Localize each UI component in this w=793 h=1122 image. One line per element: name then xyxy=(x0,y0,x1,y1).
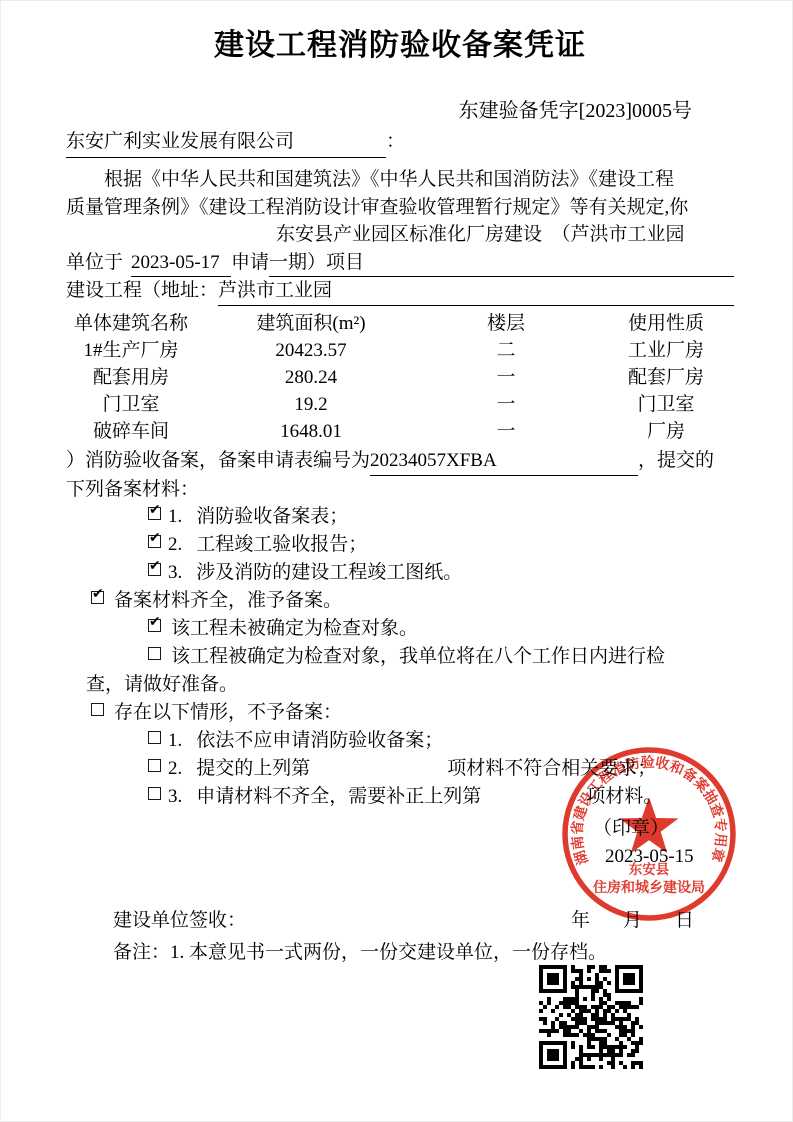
table-cell: 1#生产厂房 xyxy=(66,337,196,364)
body-paragraph: 根据《中华人民共和国建筑法》《中华人民共和国消防法》《建设工程 质量管理条例》《… xyxy=(66,166,734,306)
filing-intro-line: ）消防验收备案，备案申请表编号为 20234057XFBA ，提交的 xyxy=(66,447,734,476)
material-item-3: ✔ 3. 涉及消防的建设工程竣工图纸。 xyxy=(148,559,734,587)
building-table: 单体建筑名称 建筑面积(m²) 楼层 使用性质 1#生产厂房 20423.57 … xyxy=(66,310,734,445)
recipient-company: 东安广利实业发展有限公司 xyxy=(66,127,386,158)
checkbox-unchecked xyxy=(148,731,161,744)
project-name-rest: 一期）项目 xyxy=(269,249,734,278)
paragraph-line-1: 根据《中华人民共和国建筑法》《中华人民共和国消防法》《建设工程 xyxy=(66,166,734,194)
item-label: 依法不应申请消防验收备案； xyxy=(196,727,443,755)
filing-intro-line2: 下列备案材料： xyxy=(66,476,734,504)
item-number: 3. xyxy=(168,783,182,811)
filing-intro-suffix: ，提交的 xyxy=(638,447,714,475)
table-cell: 19.2 xyxy=(196,391,426,418)
item-label: 涉及消防的建设工程竣工图纸。 xyxy=(196,559,462,587)
item-number: 1. xyxy=(168,727,182,755)
item-number: 3. xyxy=(168,559,182,587)
item-label-pre: 提交的上列第 xyxy=(196,755,310,783)
item-label: 该工程未被确定为检查对象。 xyxy=(171,615,418,643)
not-selected-for-check-item: ✔ 该工程未被确定为检查对象。 xyxy=(148,615,734,643)
paragraph-line-2: 质量管理条例》《建设工程消防设计审查验收管理暂行规定》等有关规定,你 xyxy=(66,194,734,222)
checkbox-unchecked xyxy=(91,703,104,716)
selected-for-check-item-wrap: 查，请做好准备。 xyxy=(86,671,734,699)
item-number: 2. xyxy=(168,531,182,559)
checkbox-checked: ✔ xyxy=(148,619,161,632)
footer-note: 备注：1. 本意见书一式两份，一份交建设单位，一份存档。 xyxy=(113,939,607,967)
certificate-page: 建设工程消防验收备案凭证 东建验备凭字[2023]0005号 东安广利实业发展有… xyxy=(0,0,793,1122)
official-seal: 湖南省建设工程消防验收和备案抽查专用章 东安县 住房和城乡建设局 xyxy=(557,742,741,926)
date-blank-line: 年 月 日 xyxy=(571,907,694,935)
table-cell: 配套用房 xyxy=(66,364,196,391)
item-label-pre: 申请材料不齐全，需要补正上列第 xyxy=(196,783,481,811)
material-item-2: ✔ 2. 工程竣工验收报告； xyxy=(148,531,734,559)
checkbox-unchecked xyxy=(148,647,161,660)
table-cell: 厂房 xyxy=(586,418,746,445)
table-cell: 门卫室 xyxy=(66,391,196,418)
address-prefix: 建设工程（地址： xyxy=(66,277,218,305)
page-title: 建设工程消防验收备案凭证 xyxy=(66,27,734,65)
checkbox-unchecked xyxy=(148,759,161,772)
apply-date-line: 单位于 2023-05-17 申请 一期）项目 xyxy=(66,249,734,278)
table-header-building-name: 单体建筑名称 xyxy=(66,310,196,337)
year-label: 年 xyxy=(571,907,590,935)
doc-number: 东建验备凭字[2023]0005号 xyxy=(66,99,734,123)
address-value: 芦洪市工业园 xyxy=(218,277,734,306)
recipient-line: 东安广利实业发展有限公司 ： xyxy=(66,127,734,158)
item-label: 存在以下情形，不予备案： xyxy=(114,699,342,727)
seal-star-icon xyxy=(620,797,679,853)
sign-label: 建设单位签收： xyxy=(113,907,246,935)
checkbox-unchecked xyxy=(148,787,161,800)
item-label: 该工程被确定为检查对象，我单位将在八个工作日内进行检 xyxy=(171,643,665,671)
day-label: 日 xyxy=(675,907,694,935)
table-header-area: 建筑面积(m²) xyxy=(196,310,426,337)
seal-org-line1: 东安县 xyxy=(629,861,670,877)
apply-mid: 申请 xyxy=(231,249,269,277)
table-cell: 一 xyxy=(426,364,586,391)
apply-date-value: 2023-05-17 xyxy=(131,249,231,278)
approve-item: ✔ 备案材料齐全，准予备案。 xyxy=(91,587,734,615)
month-label: 月 xyxy=(623,907,642,935)
table-cell: 配套厂房 xyxy=(586,364,746,391)
table-cell: 工业厂房 xyxy=(586,337,746,364)
selected-for-check-item: 该工程被确定为检查对象，我单位将在八个工作日内进行检 xyxy=(148,643,734,671)
item-label: 备案材料齐全，准予备案。 xyxy=(114,587,342,615)
table-cell: 门卫室 xyxy=(586,391,746,418)
checkbox-checked: ✔ xyxy=(148,535,161,548)
recipient-colon: ： xyxy=(386,127,405,157)
item-label: 工程竣工验收报告； xyxy=(196,531,367,559)
checkbox-checked: ✔ xyxy=(148,563,161,576)
filing-intro-prefix: ）消防验收备案，备案申请表编号为 xyxy=(66,447,370,475)
table-cell: 1648.01 xyxy=(196,418,426,445)
apply-prefix: 单位于 xyxy=(66,249,123,277)
item-label: 消防验收备案表； xyxy=(196,503,348,531)
table-cell: 一 xyxy=(426,391,586,418)
checkbox-checked: ✔ xyxy=(148,507,161,520)
table-header-floors: 楼层 xyxy=(426,310,586,337)
table-cell: 二 xyxy=(426,337,586,364)
table-cell: 一 xyxy=(426,418,586,445)
table-cell: 280.24 xyxy=(196,364,426,391)
table-header-usage: 使用性质 xyxy=(586,310,746,337)
reject-item: 存在以下情形，不予备案： xyxy=(91,699,734,727)
application-number: 20234057XFBA xyxy=(370,447,638,476)
item-number: 2. xyxy=(168,755,182,783)
item-number: 1. xyxy=(168,503,182,531)
table-cell: 20423.57 xyxy=(196,337,426,364)
checkbox-checked: ✔ xyxy=(91,591,104,604)
address-line: 建设工程（地址： 芦洪市工业园 xyxy=(66,277,734,306)
table-cell: 破碎车间 xyxy=(66,418,196,445)
material-item-1: ✔ 1. 消防验收备案表； xyxy=(148,503,734,531)
qr-code xyxy=(539,965,643,1069)
project-name-overflow: 东安县产业园区标准化厂房建设 （芦洪市工业园 xyxy=(276,221,734,249)
seal-org-line2: 住房和城乡建设局 xyxy=(593,879,705,896)
